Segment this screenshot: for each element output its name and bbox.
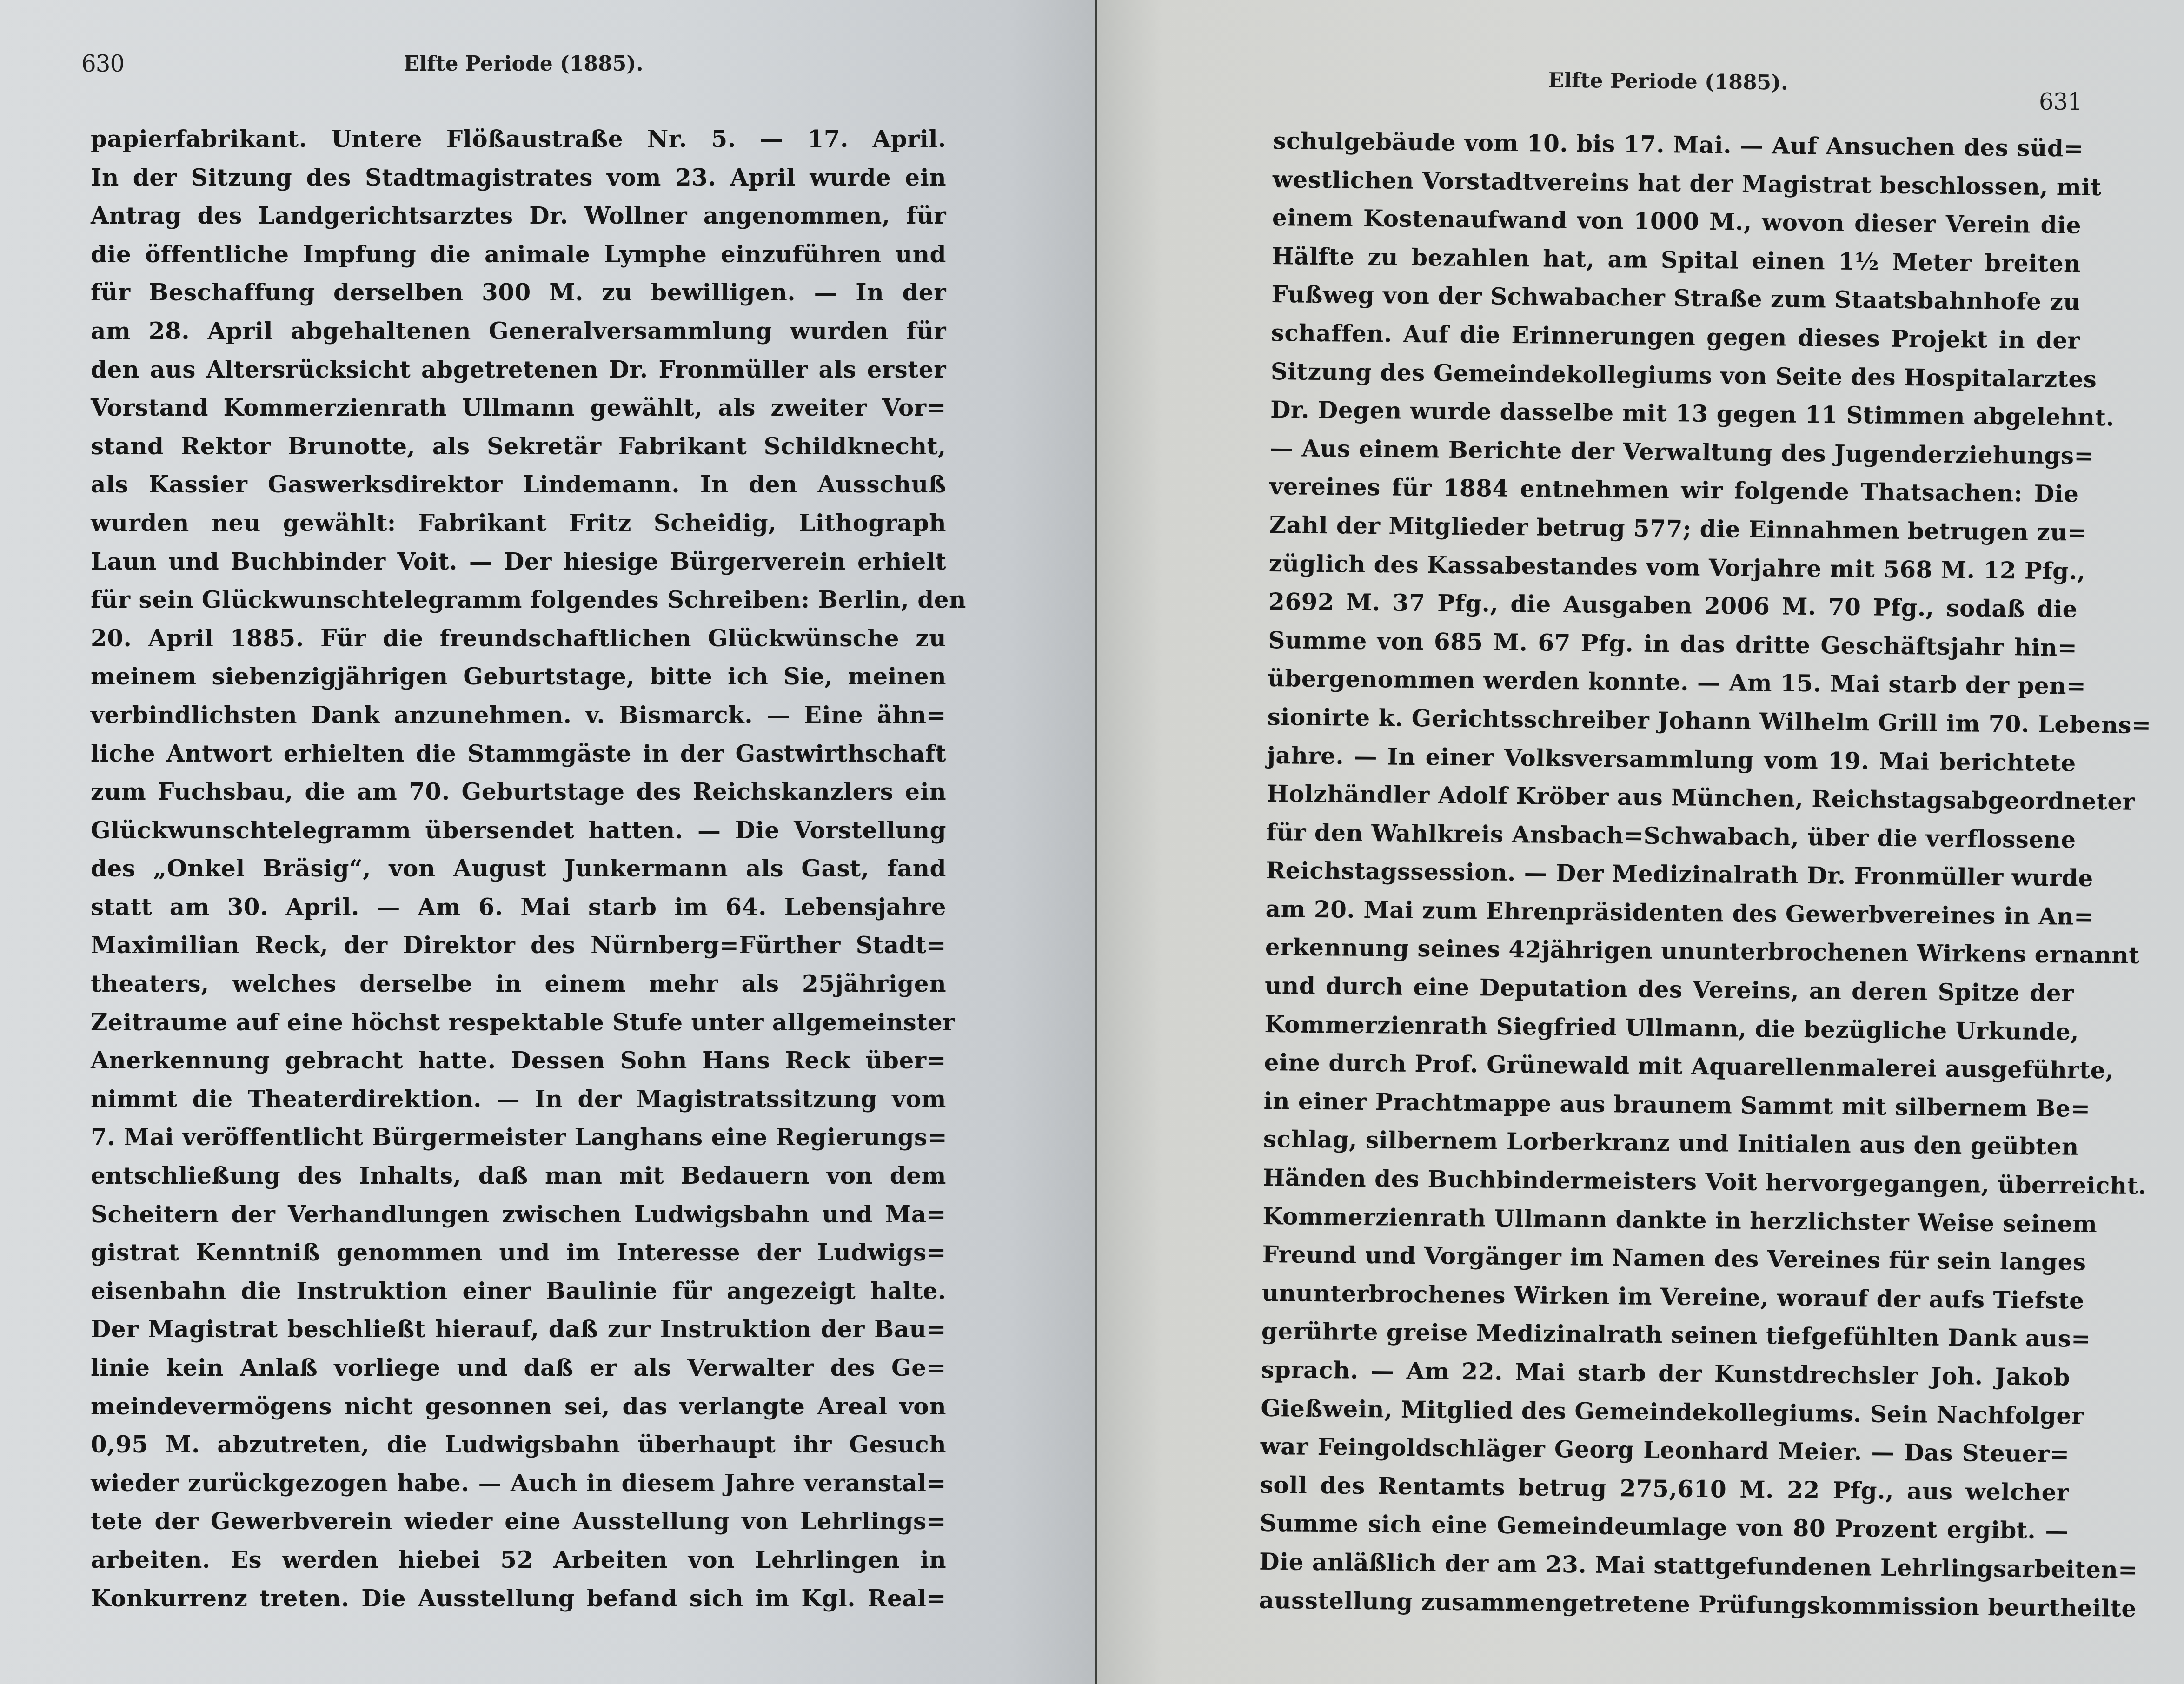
text-line: die öffentliche Impfung die animale Lymp… — [91, 235, 946, 274]
left-page: 630 Elfte Periode (1885). papierfabrikan… — [0, 0, 1096, 1684]
book-gutter — [1095, 0, 1097, 1684]
text-line: Händen des Buchbindermeisters Voit hervo… — [1263, 1159, 2072, 1205]
text-line: statt am 30. April. — Am 6. Mai starb im… — [91, 888, 946, 927]
text-line: papierfabrikant. Untere Flößaustraße Nr.… — [91, 120, 946, 159]
text-line: verbindlichsten Dank anzunehmen. v. Bism… — [91, 696, 946, 735]
text-line: linie kein Anlaß vorliege und daß er als… — [91, 1349, 946, 1387]
text-line: für Beschaffung derselben 300 M. zu bewi… — [91, 273, 946, 312]
running-head-right: Elfte Periode (1885). — [1548, 68, 1788, 94]
text-line: des „Onkel Bräsig“, von August Junkerman… — [91, 849, 946, 888]
text-line: arbeiten. Es werden hiebei 52 Arbeiten v… — [91, 1541, 946, 1579]
text-line: meindevermögens nicht gesonnen sei, das … — [91, 1387, 946, 1426]
text-line: Glückwunschtelegramm übersendet hatten. … — [91, 811, 946, 850]
text-line: 20. April 1885. Für die freundschaftlich… — [91, 619, 946, 658]
text-line: schaffen. Auf die Erinnerungen gegen die… — [1271, 314, 2080, 360]
text-line: Vorstand Kommerzienrath Ullmann gewählt,… — [91, 389, 946, 427]
text-line: Konkurrenz treten. Die Ausstellung befan… — [91, 1579, 946, 1618]
text-line: theaters, welches derselbe in einem mehr… — [91, 965, 946, 1003]
text-line: am 28. April abgehaltenen Generalversamm… — [91, 312, 946, 351]
text-line: als Kassier Gaswerksdirektor Lindemann. … — [91, 465, 946, 504]
text-line: Anerkennung gebracht hatte. Dessen Sohn … — [91, 1041, 946, 1080]
text-line: In der Sitzung des Stadtmagistrates vom … — [91, 159, 946, 197]
text-line: wieder zurückgezogen habe. — Auch in die… — [91, 1464, 946, 1503]
text-line: entschließung des Inhalts, daß man mit B… — [91, 1157, 946, 1195]
text-line: nimmt die Theaterdirektion. — In der Mag… — [91, 1080, 946, 1119]
text-line: Laun und Buchbinder Voit. — Der hiesige … — [91, 543, 946, 581]
text-line: und durch eine Deputation des Vereins, a… — [1265, 967, 2074, 1013]
text-line: eisenbahn die Instruktion einer Baulinie… — [91, 1272, 946, 1311]
text-line: Scheitern der Verhandlungen zwischen Lud… — [91, 1195, 946, 1234]
text-line: schulgebäude vom 10. bis 17. Mai. — Auf … — [1273, 122, 2082, 168]
text-line: Der Magistrat beschließt hierauf, daß zu… — [91, 1310, 946, 1349]
text-line: sionirte k. Gerichtsschreiber Johann Wil… — [1267, 698, 2077, 744]
page-number-right: 631 — [2039, 88, 2082, 115]
page-number-left: 630 — [81, 50, 124, 77]
text-line: sprach. — Am 22. Mai starb der Kunstdrec… — [1261, 1351, 2071, 1397]
text-line: tete der Gewerbverein wieder eine Ausste… — [91, 1502, 946, 1541]
running-head-left: Elfte Periode (1885). — [404, 52, 643, 76]
text-line: Die anläßlich der am 23. Mai stattgefund… — [1259, 1543, 2069, 1589]
text-line: wurden neu gewählt: Fabrikant Fritz Sche… — [91, 504, 946, 543]
text-line: Zeitraume auf eine höchst respektable St… — [91, 1003, 946, 1042]
book-spread: 630 Elfte Periode (1885). papierfabrikan… — [0, 0, 2184, 1684]
text-line: stand Rektor Brunotte, als Sekretär Fabr… — [91, 427, 946, 466]
text-line: 0,95 M. abzutreten, die Ludwigsbahn über… — [91, 1425, 946, 1464]
text-line: ausstellung zusammengetretene Prüfungsko… — [1259, 1581, 2068, 1627]
text-line: Holzhändler Adolf Kröber aus München, Re… — [1267, 775, 2076, 821]
text-line: liche Antwort erhielten die Stammgäste i… — [91, 735, 946, 773]
right-page: Elfte Periode (1885). 631 schulgebäude v… — [1097, 0, 2184, 1684]
left-page-body: papierfabrikant. Untere Flößaustraße Nr.… — [91, 120, 946, 1618]
text-line: Maximilian Reck, der Direktor des Nürnbe… — [91, 926, 946, 965]
right-page-body: schulgebäude vom 10. bis 17. Mai. — Auf … — [1259, 122, 2082, 1627]
text-line: meinem siebenzigjährigen Geburtstage, bi… — [91, 657, 946, 696]
text-line: den aus Altersrücksicht abgetretenen Dr.… — [91, 351, 946, 389]
text-line: gistrat Kenntniß genommen und im Interes… — [91, 1233, 946, 1272]
text-line: für sein Glückwunschtelegramm folgendes … — [91, 581, 946, 619]
text-line: Antrag des Landgerichtsarztes Dr. Wollne… — [91, 197, 946, 235]
text-line: Zahl der Mitglieder betrug 577; die Einn… — [1269, 506, 2078, 552]
text-line: zum Fuchsbau, die am 70. Geburtstage des… — [91, 773, 946, 811]
text-line: 7. Mai veröffentlicht Bürgermeister Lang… — [91, 1118, 946, 1157]
